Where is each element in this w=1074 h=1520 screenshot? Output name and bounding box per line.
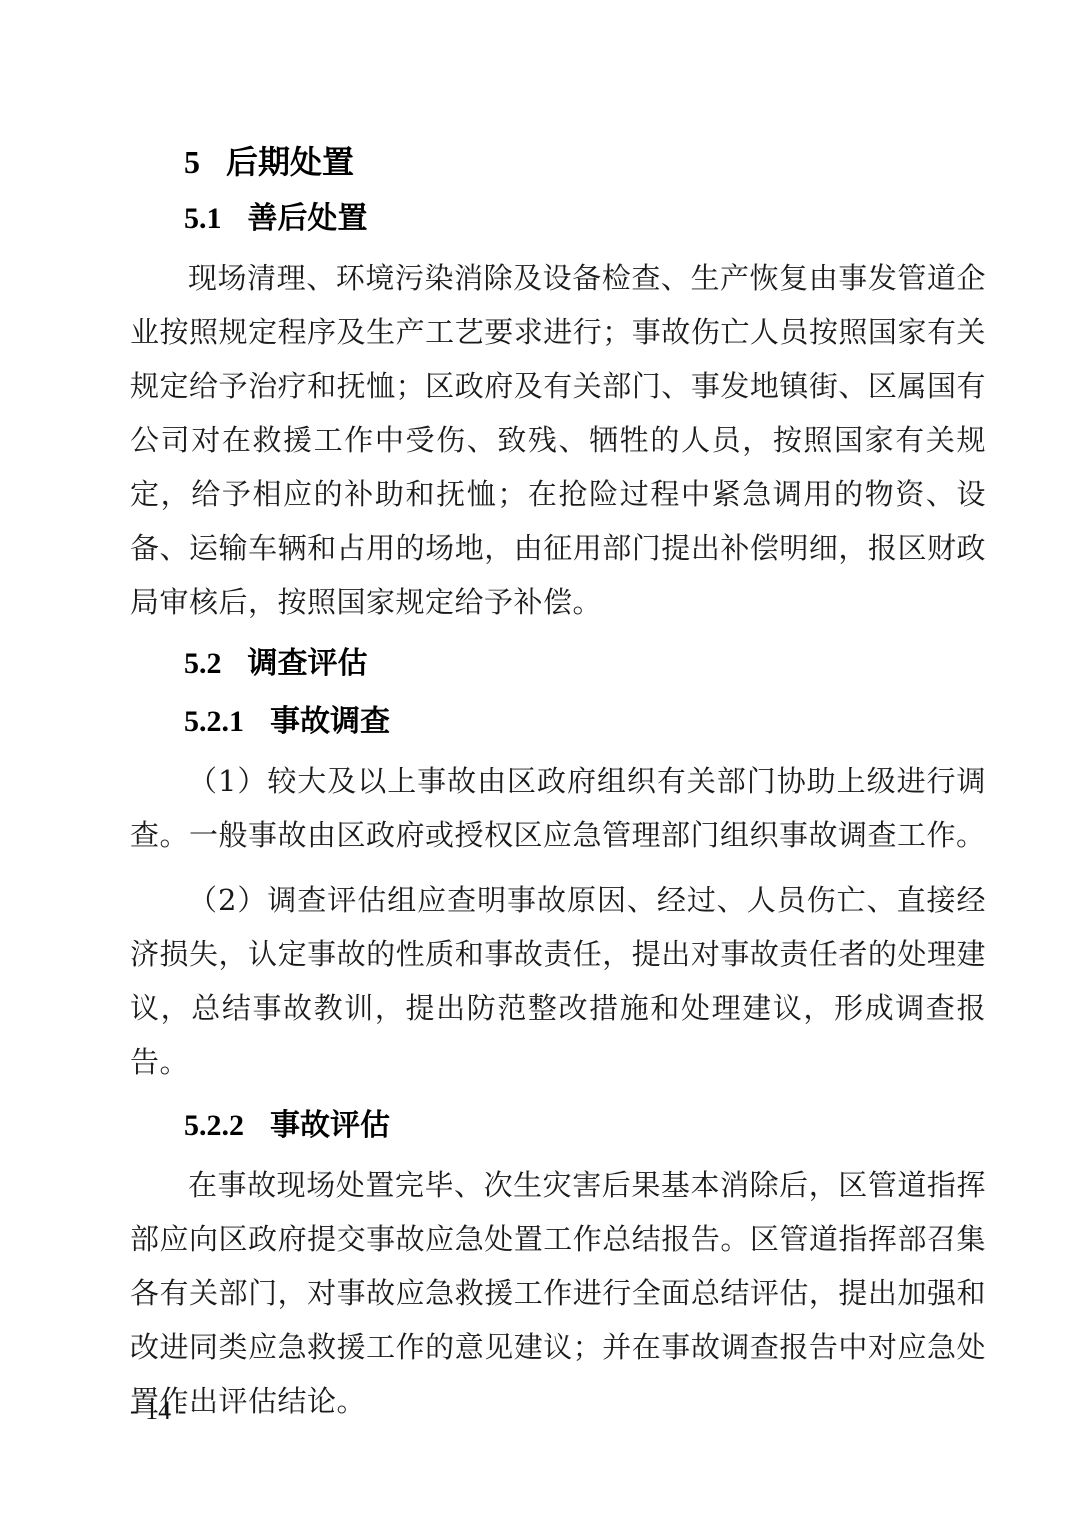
section-heading-5-2: 5.2调查评估 — [130, 643, 986, 685]
document-content: 5后期处置 5.1善后处置 现场清理、环境污染消除及设备检查、生产恢复由事发管道… — [130, 140, 986, 1428]
chapter-heading: 5后期处置 — [130, 140, 986, 184]
chapter-title: 后期处置 — [226, 143, 354, 181]
section-title-5-2-1: 事故调查 — [270, 704, 390, 739]
section-number-5-2-1: 5.2.1 — [184, 705, 244, 738]
section-title-5-2-2: 事故评估 — [270, 1108, 390, 1143]
paragraph-aftermath-handling: 现场清理、环境污染消除及设备检查、生产恢复由事发管道企业按照规定程序及生产工艺要… — [130, 251, 986, 629]
document-page: 5后期处置 5.1善后处置 现场清理、环境污染消除及设备检查、生产恢复由事发管道… — [0, 0, 1074, 1520]
paragraph-incident-evaluation: 在事故现场处置完毕、次生灾害后果基本消除后，区管道指挥部应向区政府提交事故应急处… — [130, 1158, 986, 1428]
section-title-5-1: 善后处置 — [248, 201, 368, 236]
paragraph-investigation-item-1: （1）较大及以上事故由区政府组织有关部门协助上级进行调查。一般事故由区政府或授权… — [130, 754, 986, 862]
section-heading-5-1: 5.1善后处置 — [130, 198, 986, 240]
section-title-5-2: 调查评估 — [248, 646, 368, 681]
section-number-5-2-2: 5.2.2 — [184, 1109, 244, 1142]
section-number-5-2: 5.2 — [184, 647, 222, 680]
section-number-5-1: 5.1 — [184, 202, 222, 235]
page-footer: - 14 - — [130, 1396, 186, 1426]
chapter-number: 5 — [184, 144, 200, 180]
page-number: - 14 - — [130, 1396, 186, 1425]
paragraph-investigation-item-2: （2）调查评估组应查明事故原因、经过、人员伤亡、直接经济损失，认定事故的性质和事… — [130, 873, 986, 1089]
section-heading-5-2-1: 5.2.1事故调查 — [130, 701, 986, 743]
section-heading-5-2-2: 5.2.2事故评估 — [130, 1105, 986, 1147]
